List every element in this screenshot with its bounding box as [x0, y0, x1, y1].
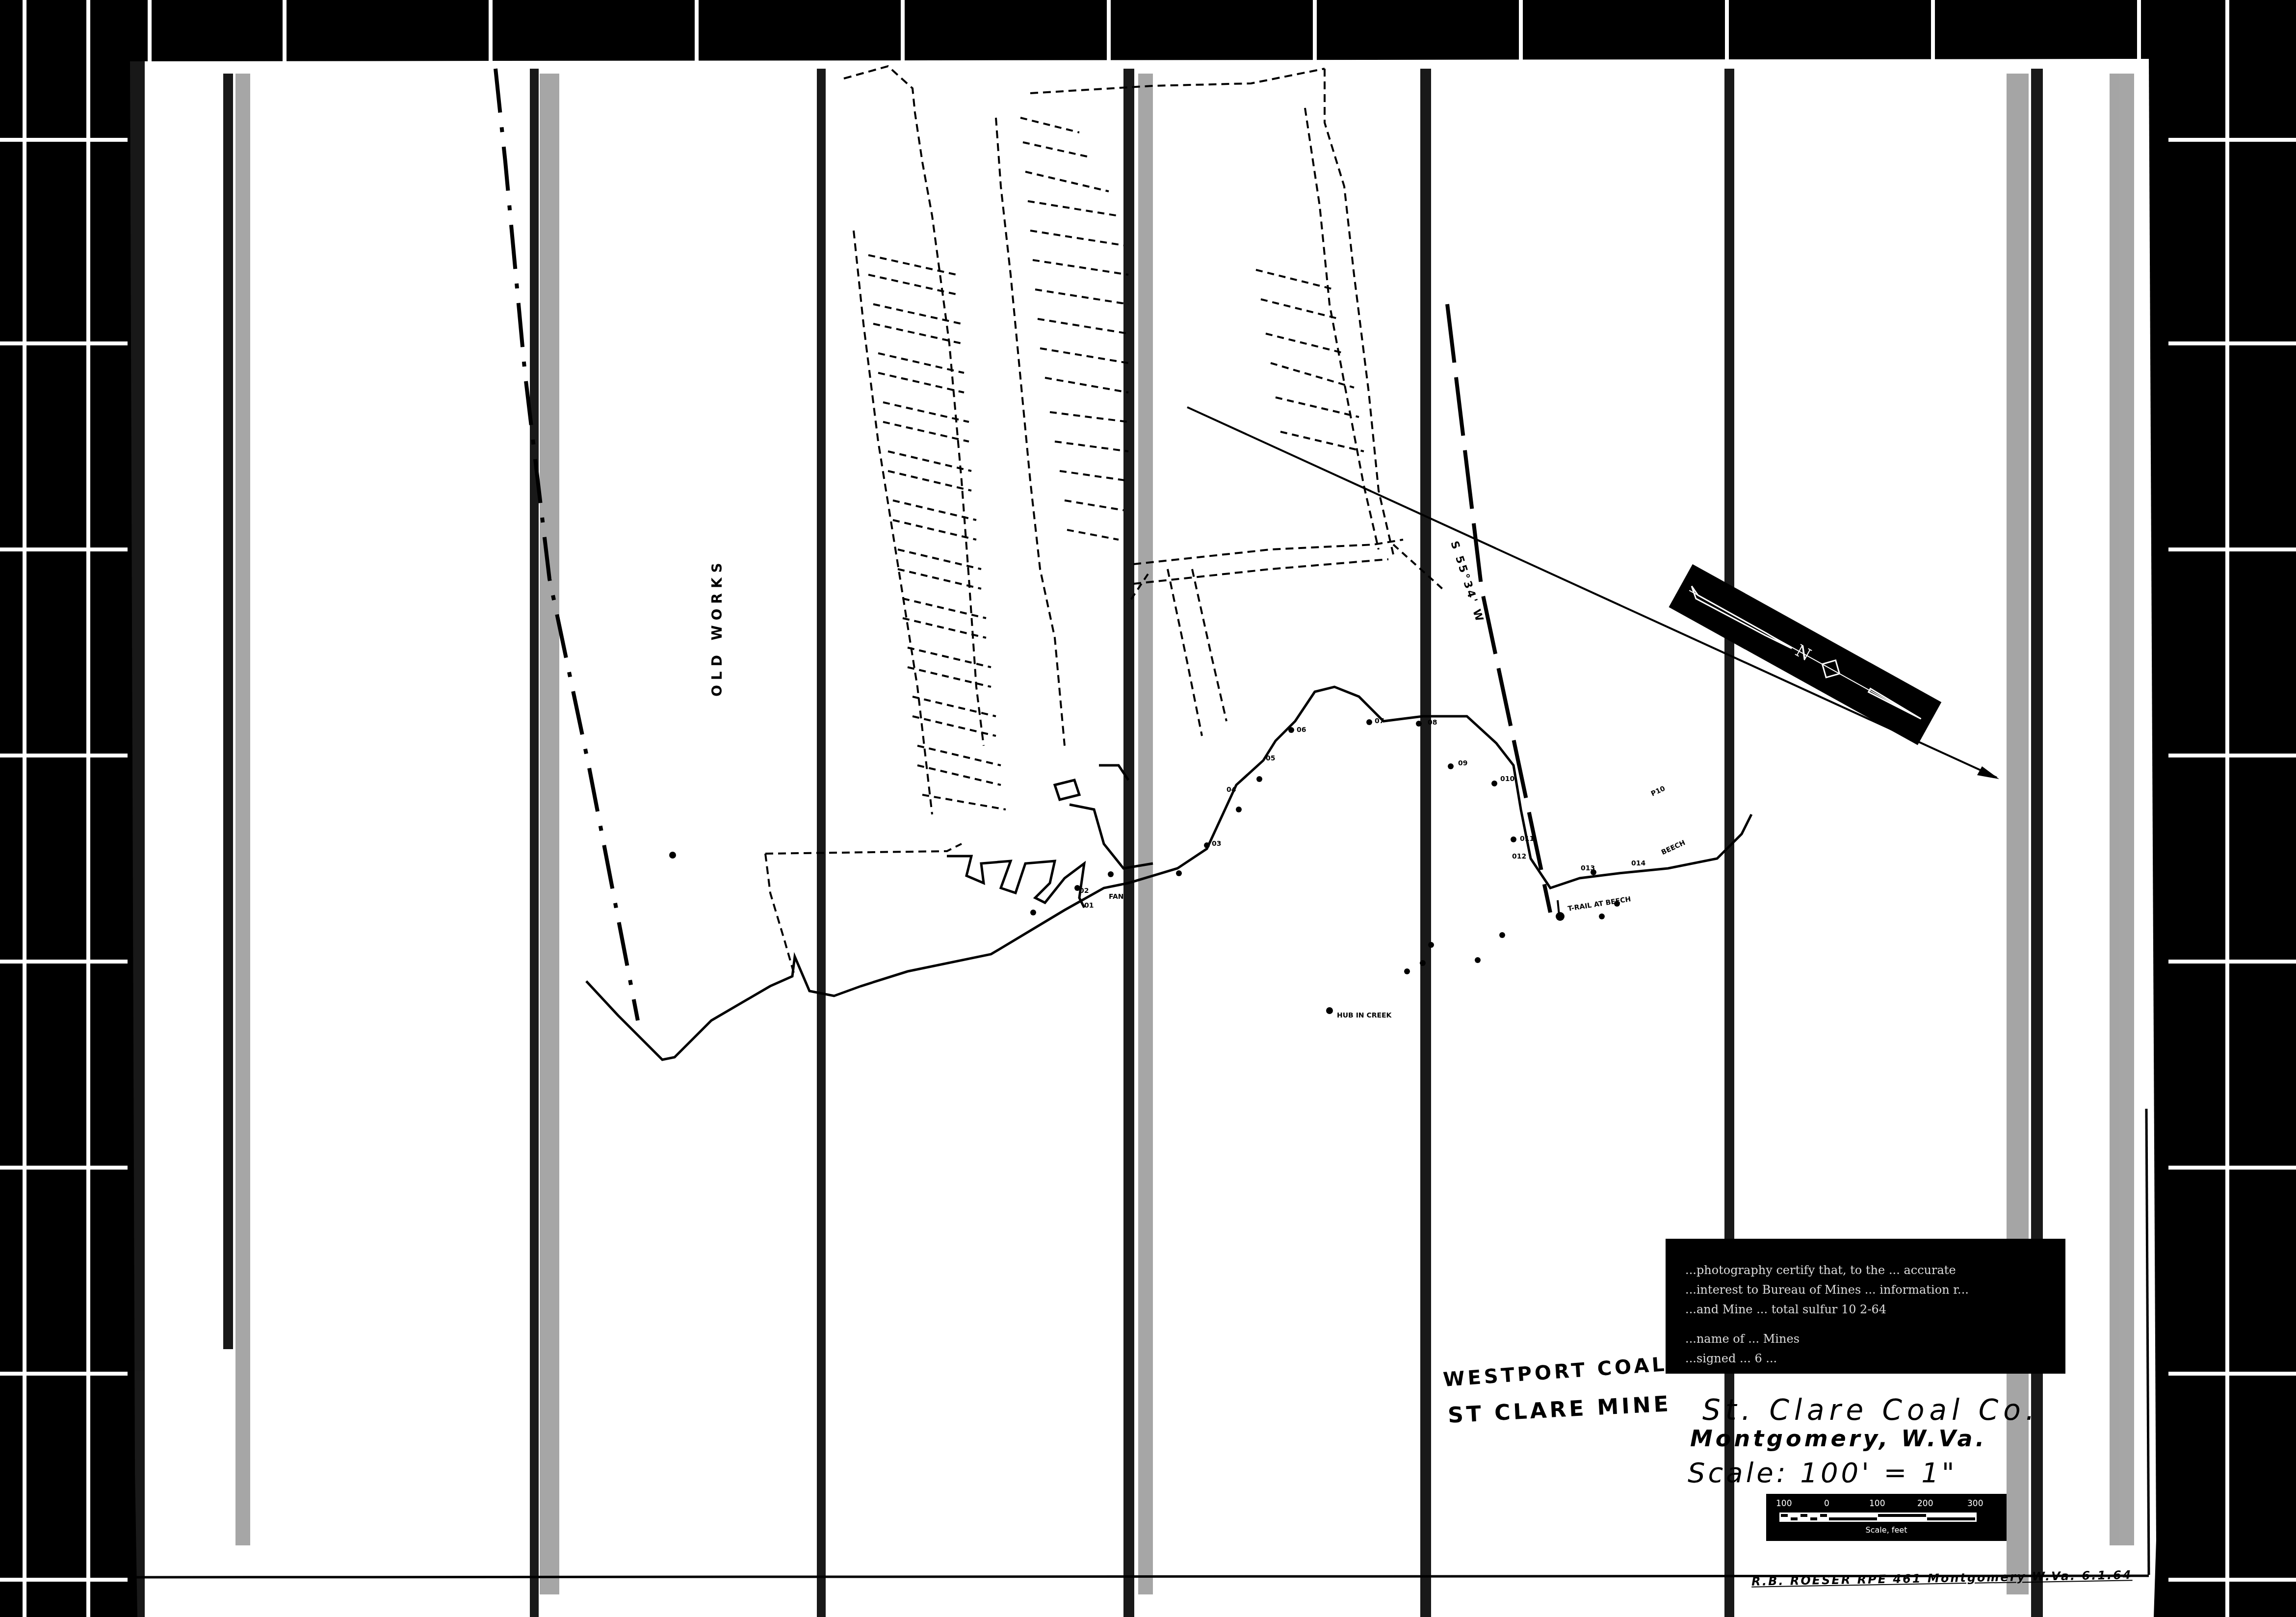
- scale-tick: 200: [1917, 1499, 1933, 1509]
- old-works-label: OLD WORKS: [709, 558, 725, 697]
- fan-label: FAN: [1109, 893, 1124, 901]
- station-label: 014: [1631, 860, 1645, 867]
- station-label: 04: [1226, 786, 1236, 794]
- scale-tick: 300: [1967, 1499, 1983, 1509]
- mine-map-sheet: [0, 0, 2296, 1617]
- scale-bar: 100 0 100 200 300 Scale, feet: [1766, 1494, 2007, 1541]
- station-label: 011: [1520, 835, 1534, 843]
- station-label: 01: [1084, 902, 1094, 910]
- certificate-line: ...signed ... 6 ...: [1685, 1352, 1777, 1365]
- station-label: 07: [1375, 717, 1384, 725]
- scale-bar-caption: Scale, feet: [1766, 1525, 2007, 1535]
- certificate-line: ...and Mine ... total sulfur 10 2-64: [1685, 1303, 1886, 1316]
- station-label: 03: [1212, 840, 1221, 848]
- north-label: N: [1792, 641, 1814, 665]
- scale-bar-graphic: [1779, 1513, 1977, 1522]
- station-label: 012: [1512, 853, 1526, 861]
- certificate-block: ...photography certify that, to the ... …: [1666, 1239, 2065, 1374]
- scale-statement: Scale: 100' = 1": [1688, 1457, 1957, 1489]
- station-label: 05: [1266, 755, 1275, 762]
- station-label: 08: [1428, 719, 1437, 727]
- hub-in-creek-label: HUB IN CREEK: [1337, 1012, 1391, 1019]
- company-name: St. Clare Coal Co.: [1702, 1393, 2039, 1427]
- scale-tick: 0: [1824, 1499, 1829, 1509]
- certificate-line: ...name of ... Mines: [1685, 1332, 1800, 1346]
- station-label: 013: [1581, 864, 1595, 872]
- company-location: Montgomery, W.Va.: [1690, 1425, 1987, 1452]
- station-label: 06: [1297, 726, 1306, 734]
- station-label: 02: [1079, 887, 1089, 895]
- certificate-line: ...interest to Bureau of Mines ... infor…: [1685, 1283, 1969, 1297]
- station-label: 09: [1458, 759, 1467, 767]
- scale-tick: 100: [1776, 1499, 1792, 1509]
- certificate-line: ...photography certify that, to the ... …: [1685, 1263, 1956, 1277]
- station-label: 010: [1500, 775, 1514, 783]
- scale-tick: 100: [1869, 1499, 1885, 1509]
